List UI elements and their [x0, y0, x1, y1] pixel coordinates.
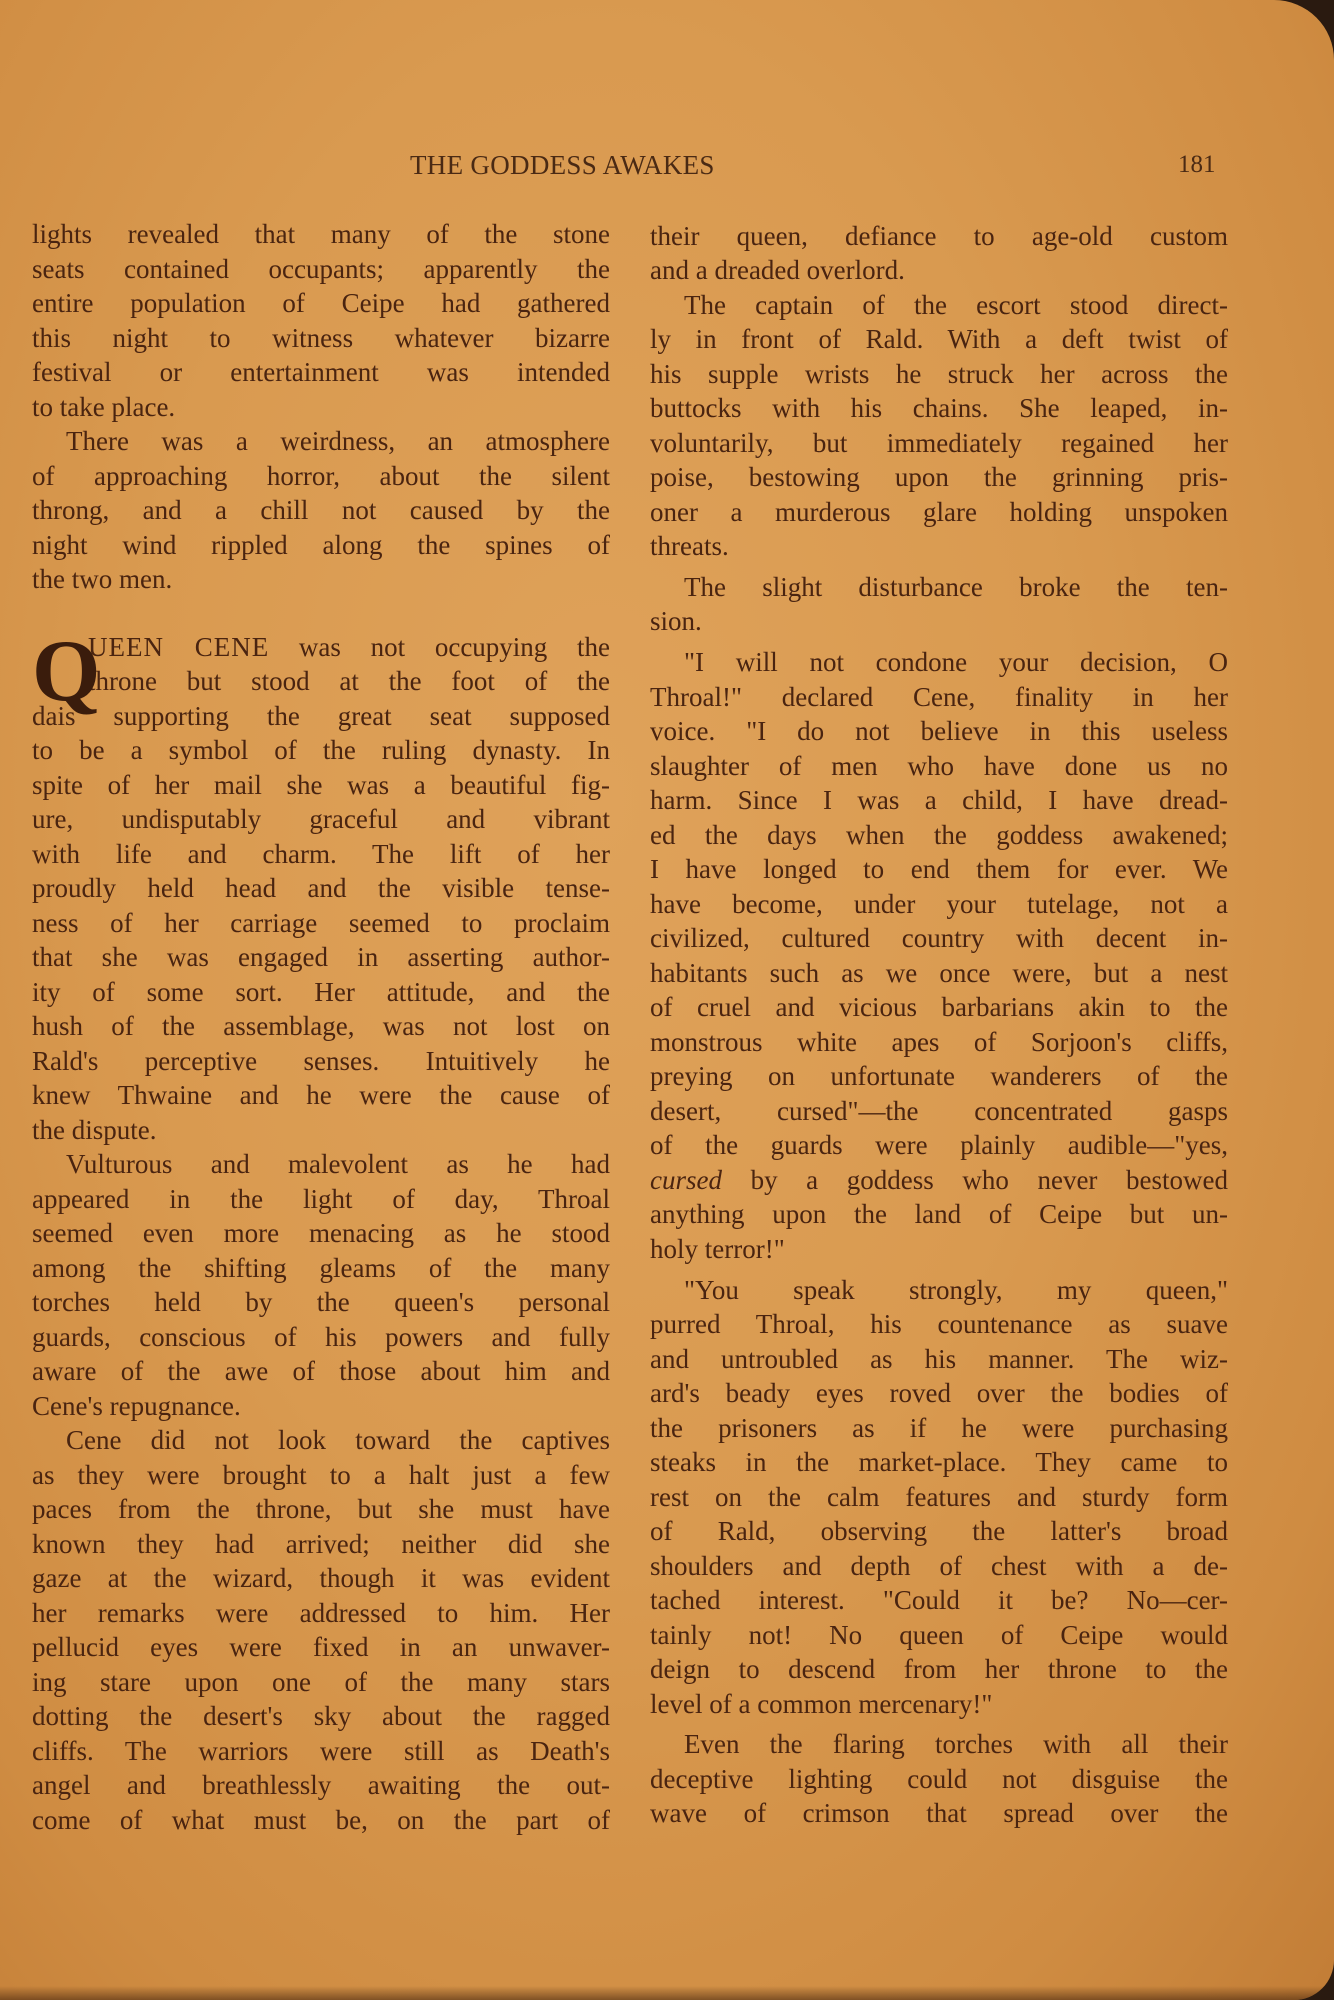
text-line: threats.: [650, 529, 1228, 563]
text-line: to be a symbol of the ruling dynasty. In: [32, 733, 610, 767]
text-line: harm. Since I was a child, I have dread-: [650, 783, 1228, 817]
text-line: hush of the assemblage, was not lost on: [32, 1009, 610, 1043]
text-line: with life and charm. The lift of her: [32, 837, 610, 871]
text-line: lights revealed that many of the stone: [32, 217, 610, 251]
book-page: THE GODDESS AWAKES 181 lights revealed t…: [0, 0, 1334, 2000]
text-line: and untroubled as his manner. The wiz-: [650, 1342, 1228, 1376]
small-caps-opening: UEEN CENE: [88, 632, 269, 662]
text-line: and a dreaded overlord.: [650, 253, 1228, 287]
text-line: of Rald, observing the latter's broad: [650, 1514, 1228, 1548]
italic-word: cursed: [650, 1165, 722, 1195]
text-line: Vulturous and malevolent as he had: [32, 1147, 610, 1181]
text-line: purred Throal, his countenance as suave: [650, 1307, 1228, 1341]
drop-cap-line: UEEN CENE was not occupying the: [88, 630, 610, 664]
text-line: among the shifting gleams of the many: [32, 1251, 610, 1285]
text-line: poise, bestowing upon the grinning pris-: [650, 460, 1228, 494]
text-line: tached interest. "Could it be? No—cer-: [650, 1583, 1228, 1617]
drop-cap: Q: [32, 632, 100, 712]
text-line: the two men.: [32, 562, 610, 596]
text-line: night wind rippled along the spines of: [32, 528, 610, 562]
text-line: come of what must be, on the part of: [32, 1803, 610, 1837]
text-line: ity of some sort. Her attitude, and the: [32, 975, 610, 1009]
text-line: have become, under your tutelage, not a: [650, 887, 1228, 921]
text-line: Cene's repugnance.: [32, 1389, 610, 1423]
text-line: shoulders and depth of chest with a de-: [650, 1549, 1228, 1583]
text-line: desert, cursed"—the concentrated gasps: [650, 1094, 1228, 1128]
text-line: sion.: [650, 604, 1228, 638]
text-line: paces from the throne, but she must have: [32, 1492, 610, 1526]
text-line: tainly not! No queen of Ceipe would: [650, 1618, 1228, 1652]
text-line: Even the flaring torches with all their: [650, 1727, 1228, 1761]
text-line: gaze at the wizard, though it was eviden…: [32, 1561, 610, 1595]
text-line: wave of crimson that spread over the: [650, 1796, 1228, 1830]
text-line: "I will not condone your decision, O: [650, 645, 1228, 679]
text-line: Throal!" declared Cene, finality in her: [650, 680, 1228, 714]
text-line: dais supporting the great seat supposed: [32, 699, 610, 733]
text-line: festival or entertainment was intended: [32, 355, 610, 389]
text-line: known they had arrived; neither did she: [32, 1527, 610, 1561]
text-line: voice. "I do not believe in this useless: [650, 714, 1228, 748]
text-line: holy terror!": [650, 1232, 1228, 1266]
text-line: seats contained occupants; apparently th…: [32, 252, 610, 286]
text-line: cursed by a goddess who never bestowed: [650, 1163, 1228, 1197]
text-line: their queen, defiance to age-old custom: [650, 219, 1228, 253]
text-line: guards, conscious of his powers and full…: [32, 1320, 610, 1354]
text-line: as they were brought to a halt just a fe…: [32, 1458, 610, 1492]
text-line: Rald's perceptive senses. Intuitively he: [32, 1044, 610, 1078]
text-line: ed the days when the goddess awakened;: [650, 818, 1228, 852]
text-line: monstrous white apes of Sorjoon's cliffs…: [650, 1025, 1228, 1059]
text-line: anything upon the land of Ceipe but un-: [650, 1197, 1228, 1231]
text-line: angel and breathlessly awaiting the out-: [32, 1768, 610, 1802]
text-line: "You speak strongly, my queen,": [650, 1273, 1228, 1307]
text-line: knew Thwaine and he were the cause of: [32, 1078, 610, 1112]
text-line: spite of her mail she was a beautiful fi…: [32, 768, 610, 802]
text-line: preying on unfortunate wanderers of the: [650, 1059, 1228, 1093]
text-line: to take place.: [32, 390, 610, 424]
text-line: that she was engaged in asserting author…: [32, 940, 610, 974]
text-line: oner a murderous glare holding unspoken: [650, 495, 1228, 529]
text-line: deceptive lighting could not disguise th…: [650, 1762, 1228, 1796]
text-line: ard's beady eyes roved over the bodies o…: [650, 1376, 1228, 1410]
text-line: pellucid eyes were fixed in an unwaver-: [32, 1630, 610, 1664]
text-line: seemed even more menacing as he stood: [32, 1216, 610, 1250]
text-line: dotting the desert's sky about the ragge…: [32, 1699, 610, 1733]
text-line: The captain of the escort stood direct-: [650, 288, 1228, 322]
text-line: slaughter of men who have done us no: [650, 749, 1228, 783]
text-line: steaks in the market-place. They came to: [650, 1445, 1228, 1479]
text-line: rest on the calm features and sturdy for…: [650, 1480, 1228, 1514]
text-line: the prisoners as if he were purchasing: [650, 1411, 1228, 1445]
running-head: THE GODDESS AWAKES: [410, 150, 715, 181]
text-line: aware of the awe of those about him and: [32, 1354, 610, 1388]
text-line: the dispute.: [32, 1113, 610, 1147]
text-line: level of a common mercenary!": [650, 1687, 1228, 1721]
text-line: her remarks were addressed to him. Her: [32, 1596, 610, 1630]
text-line: throne but stood at the foot of the: [88, 664, 610, 698]
text-line: of the guards were plainly audible—"yes,: [650, 1128, 1228, 1162]
text-line: ness of her carriage seemed to proclaim: [32, 906, 610, 940]
text-line: voluntarily, but immediately regained he…: [650, 426, 1228, 460]
text-line: buttocks with his chains. She leaped, in…: [650, 391, 1228, 425]
text-line: deign to descend from her throne to the: [650, 1652, 1228, 1686]
text-line: The slight disturbance broke the ten-: [650, 570, 1228, 604]
text-line: torches held by the queen's personal: [32, 1285, 610, 1319]
text-line: Cene did not look toward the captives: [32, 1423, 610, 1457]
text-line: entire population of Ceipe had gathered: [32, 286, 610, 320]
text-line: habitants such as we once were, but a ne…: [650, 956, 1228, 990]
text-line: cliffs. The warriors were still as Death…: [32, 1734, 610, 1768]
text-line: proudly held head and the visible tense-: [32, 871, 610, 905]
text-line: his supple wrists he struck her across t…: [650, 357, 1228, 391]
text-line: appeared in the light of day, Throal: [32, 1182, 610, 1216]
text-line: throng, and a chill not caused by the: [32, 493, 610, 527]
text-line: this night to witness whatever bizarre: [32, 321, 610, 355]
text-line: of cruel and vicious barbarians akin to …: [650, 990, 1228, 1024]
text-line: ly in front of Rald. With a deft twist o…: [650, 322, 1228, 356]
text-line: There was a weirdness, an atmosphere: [32, 424, 610, 458]
text-line: of approaching horror, about the silent: [32, 459, 610, 493]
text-line: civilized, cultured country with decent …: [650, 921, 1228, 955]
text-line: ing stare upon one of the many stars: [32, 1665, 610, 1699]
text-line: ure, undisputably graceful and vibrant: [32, 802, 610, 836]
text-line: I have longed to end them for ever. We: [650, 852, 1228, 886]
page-number: 181: [1178, 151, 1216, 179]
